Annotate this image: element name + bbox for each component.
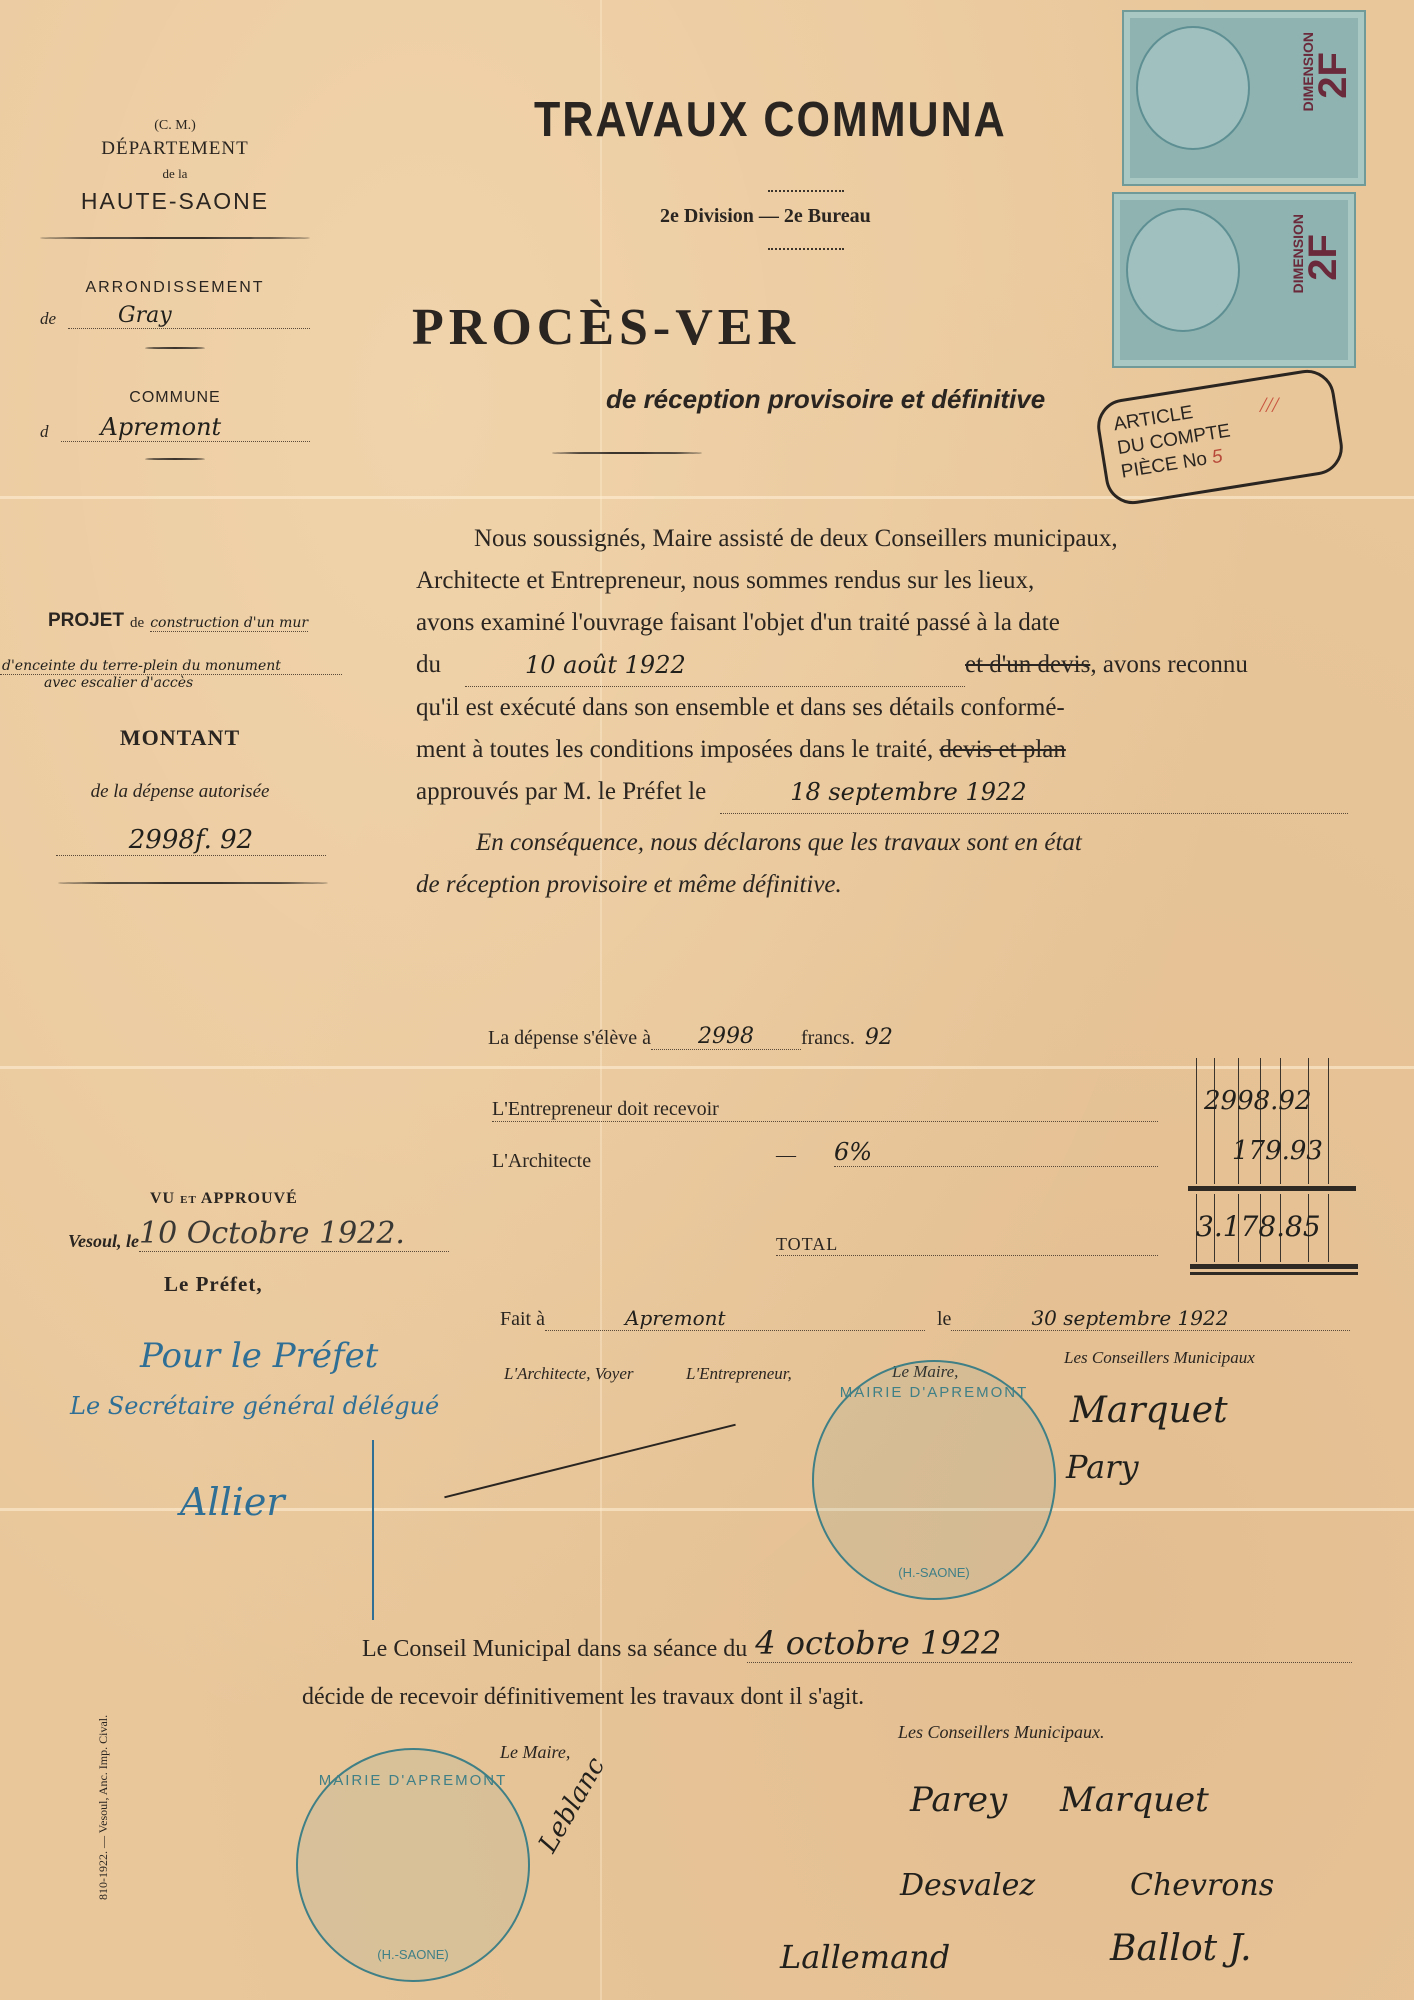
- architecte-label: L'Architecte: [492, 1150, 591, 1173]
- projet-value-3: avec escalier d'accès: [0, 675, 360, 691]
- fold-line: [0, 496, 1414, 499]
- entrepreneur-label: L'Entrepreneur doit recevoir: [492, 1098, 1158, 1122]
- short-divider: [145, 458, 205, 460]
- conseiller-signature: Desvalez: [900, 1868, 1035, 1903]
- body-line: ment à toutes les conditions imposées da…: [416, 729, 1348, 771]
- division-label: 2e Division — 2e Bureau: [660, 205, 871, 228]
- prefet-label: Le Préfet,: [164, 1272, 263, 1297]
- conseil-decision: décide de recevoir définitivement les tr…: [302, 1684, 864, 1711]
- architecte-signature-label: L'Architecte, Voyer: [504, 1364, 634, 1384]
- signature-stroke: [444, 1424, 736, 1499]
- conseiller-signature: Lallemand: [780, 1938, 950, 1976]
- ornamental-divider: [58, 882, 328, 884]
- commune-field: d Apremont: [40, 413, 310, 442]
- arrondissement-field: de Gray: [40, 303, 310, 329]
- depense-line: La dépense s'élève à 2998 francs. 92: [488, 1024, 893, 1050]
- body-line: Nous soussignés, Maire assisté de deux C…: [416, 518, 1348, 560]
- red-mark: ///: [1260, 392, 1278, 418]
- short-divider: [145, 347, 205, 349]
- struck-text: et d'un devis: [965, 644, 1090, 687]
- squiggle-divider: [768, 244, 844, 250]
- conseiller-signature: Marquet: [1060, 1780, 1209, 1820]
- conseiller-signature: Pary: [1066, 1448, 1139, 1486]
- vesoul-date: 10 Octobre 1922.: [139, 1216, 449, 1252]
- pour-le-prefet: Pour le Préfet: [140, 1336, 378, 1376]
- cm-label: (C. M.): [40, 118, 310, 134]
- blue-line: [372, 1440, 374, 1620]
- ornamental-divider: [552, 452, 702, 454]
- commune-label: COMMUNE: [40, 389, 310, 407]
- departement-label: DÉPARTEMENT: [40, 138, 310, 160]
- maire-label: Le Maire,: [500, 1742, 570, 1763]
- commune-value: Apremont: [61, 413, 311, 442]
- conseiller-signature: Parey: [910, 1780, 1007, 1820]
- arrondissement-value: Gray: [68, 303, 310, 329]
- conseiller-signature: Marquet: [1070, 1390, 1228, 1431]
- projet-value-1: construction d'un mur: [150, 615, 308, 632]
- printer-imprint: 810-1922. — Vesoul, Anc. Imp. Cival.: [96, 1715, 111, 1900]
- projet-value-2: d'enceinte du terre-plein du monument: [0, 658, 342, 675]
- compte-stamp: ARTICLE DU COMPTE PIÈCE No 5: [1093, 366, 1347, 508]
- fait-date: 30 septembre 1922: [951, 1306, 1350, 1331]
- montant-label: MONTANT: [0, 725, 360, 751]
- marianne-medallion-icon: [1136, 26, 1250, 150]
- body-line: Architecte et Entrepreneur, nous sommes …: [416, 560, 1348, 602]
- fiscal-stamp-2: DIMENSION 2F: [1112, 192, 1356, 368]
- body-paragraph: Nous soussignés, Maire assisté de deux C…: [416, 518, 1348, 906]
- conseiller-signature: Chevrons: [1130, 1868, 1274, 1903]
- conclusion-line: En conséquence, nous déclarons que les t…: [416, 822, 1348, 864]
- projet-block: PROJET de construction d'un mur d'encein…: [0, 610, 360, 884]
- architecte-percent: 6%: [834, 1138, 1158, 1167]
- conclusion-line: de réception provisoire et même définiti…: [416, 864, 1348, 906]
- mairie-seal: MAIRIE D'APREMONT (H.-SAONE): [296, 1748, 530, 1982]
- architecte-amount: 179.93: [1232, 1136, 1323, 1166]
- total-amount: 3.178.85: [1196, 1210, 1321, 1243]
- body-line: avons examiné l'ouvrage faisant l'objet …: [416, 602, 1348, 644]
- departement-name: HAUTE-SAONE: [40, 188, 310, 215]
- body-line: approuvés par M. le Préfet le 18 septemb…: [416, 771, 1348, 814]
- projet-label: PROJET: [48, 610, 124, 632]
- conseil-line: Le Conseil Municipal dans sa séance du 4…: [362, 1624, 1352, 1663]
- piece-number: 5: [1210, 446, 1224, 468]
- entrepreneur-signature-label: L'Entrepreneur,: [686, 1364, 792, 1384]
- entrepreneur-amount: 2998.92: [1204, 1086, 1312, 1116]
- total-label: TOTAL: [776, 1234, 1158, 1256]
- body-line: qu'il est exécuté dans son ensemble et d…: [416, 687, 1348, 729]
- document-title: PROCÈS-VER: [412, 298, 800, 357]
- mairie-seal: MAIRIE D'APREMONT (H.-SAONE): [812, 1360, 1056, 1600]
- fiscal-stamp-1: DIMENSION 2F: [1122, 10, 1366, 186]
- fait-line: Fait à Apremont le 30 septembre 1922: [500, 1306, 1350, 1331]
- left-column: (C. M.) DÉPARTEMENT de la HAUTE-SAONE AR…: [40, 118, 310, 460]
- conseillers-signature-label: Les Conseillers Municipaux: [1064, 1348, 1255, 1368]
- fait-place: Apremont: [545, 1306, 925, 1331]
- body-line: du 10 août 1922 et d'un devis , avons re…: [416, 644, 1348, 687]
- prefet-signature: Allier: [180, 1480, 285, 1524]
- squiggle-divider: [768, 186, 844, 192]
- traite-date: 10 août 1922: [465, 644, 965, 687]
- de-la-label: de la: [40, 166, 310, 182]
- vesoul-date-line: Vesoul, le 10 Octobre 1922.: [68, 1216, 449, 1252]
- arrondissement-label: ARRONDISSEMENT: [40, 279, 310, 297]
- secretaire-general: Le Secrétaire général délégué: [70, 1392, 439, 1420]
- depense-cents: 92: [865, 1025, 893, 1050]
- conseiller-signature: Ballot J.: [1110, 1928, 1252, 1969]
- prefet-approval-date: 18 septembre 1922: [720, 771, 1348, 814]
- conseil-date: 4 octobre 1922: [747, 1624, 1352, 1663]
- amounts-ledger: 2998.92 179.93 3.178.85: [1188, 1054, 1374, 1274]
- struck-text: devis et plan: [940, 736, 1066, 763]
- header-title: TRAVAUX COMMUNA: [534, 92, 1007, 148]
- document-subtitle: de réception provisoire et définitive: [606, 384, 1045, 415]
- montant-value: 2998f. 92: [56, 825, 326, 856]
- ornamental-divider: [40, 237, 310, 239]
- conseillers-label: Les Conseillers Municipaux.: [898, 1722, 1104, 1743]
- depense-francs: 2998: [651, 1024, 801, 1050]
- vu-approuve-label: VU et APPROUVÉ: [150, 1190, 298, 1208]
- montant-sub: de la dépense autorisée: [0, 781, 360, 803]
- marianne-medallion-icon: [1126, 208, 1240, 332]
